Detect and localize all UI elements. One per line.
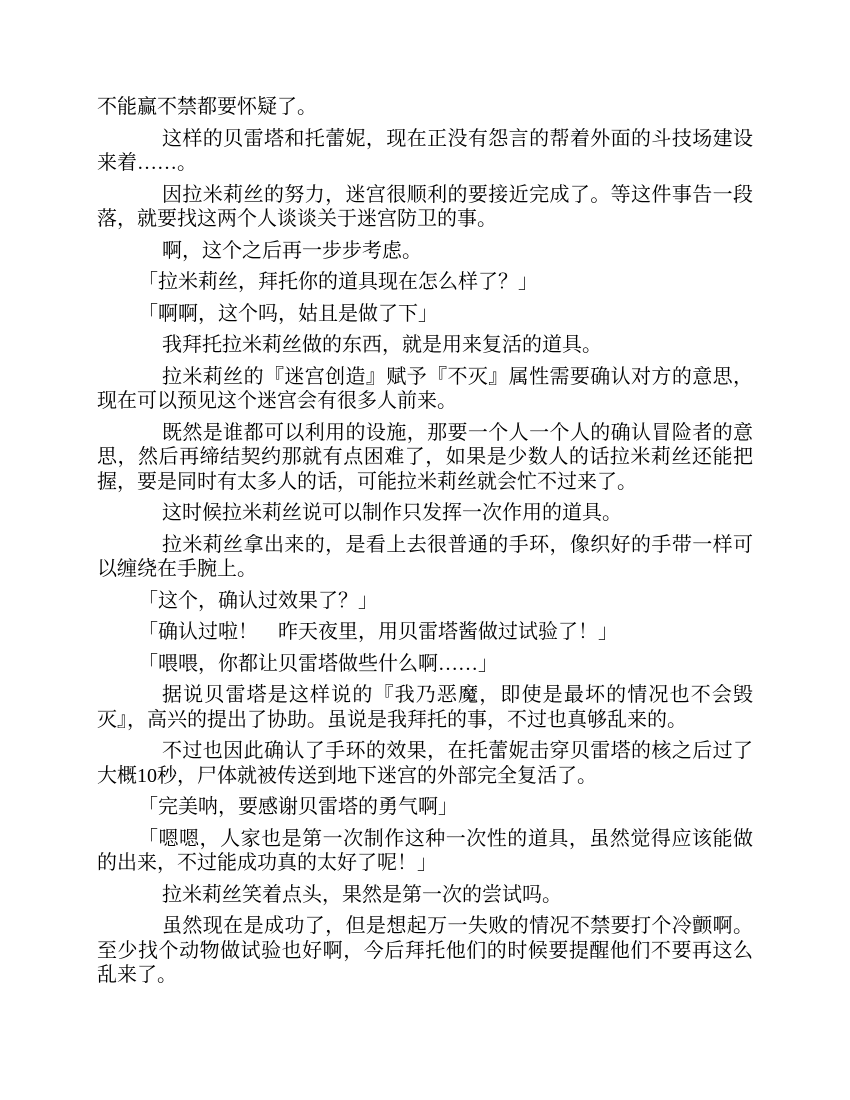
paragraph-narrative: 虽然现在是成功了，但是想起万一失败的情况不禁要打个冷颤啊。至少找个动物做试验也好…: [97, 914, 753, 988]
paragraph-dialogue: 「拉米莉丝，拜托你的道具现在怎么样了？」: [97, 270, 753, 295]
paragraph-dialogue: 「这个，确认过效果了？」: [97, 589, 753, 614]
paragraph-narrative: 我拜托拉米莉丝做的东西，就是用来复活的道具。: [97, 333, 753, 358]
paragraph-narrative: 这时候拉米莉丝说可以制作只发挥一次作用的道具。: [97, 501, 753, 526]
paragraph-dialogue: 「喂喂，你都让贝雷塔做些什么啊……」: [97, 652, 753, 677]
paragraph-narrative: 这样的贝雷塔和托蕾妮，现在正没有怨言的帮着外面的斗技场建设来着……。: [97, 127, 753, 176]
paragraph-narrative: 据说贝雷塔是这样说的『我乃恶魔，即使是最坏的情况也不会毁灭』，高兴的提出了协助。…: [97, 683, 753, 732]
paragraph-continuation: 不能赢不禁都要怀疑了。: [97, 95, 753, 120]
paragraph-narrative: 拉米莉丝的『迷宫创造』赋予『不灭』属性需要确认对方的意思，现在可以预见这个迷宫会…: [97, 365, 753, 414]
paragraph-narrative: 拉米莉丝拿出来的，是看上去很普通的手环，像织好的手带一样可以缠绕在手腕上。: [97, 533, 753, 582]
paragraph-dialogue: 「完美呐，要感谢贝雷塔的勇气啊」: [97, 795, 753, 820]
paragraph-narrative: 不过也因此确认了手环的效果，在托蕾妮击穿贝雷塔的核之后过了大概10秒，尸体就被传…: [97, 739, 753, 788]
page: 不能赢不禁都要怀疑了。这样的贝雷塔和托蕾妮，现在正没有怨言的帮着外面的斗技场建设…: [0, 0, 850, 1100]
paragraph-narrative: 拉米莉丝笑着点头，果然是第一次的尝试吗。: [97, 883, 753, 908]
paragraph-narrative: 啊，这个之后再一步步考虑。: [97, 239, 753, 264]
paragraph-dialogue: 「确认过啦！ 昨天夜里，用贝雷塔酱做过试验了！」: [97, 620, 753, 645]
paragraph-narrative: 既然是谁都可以利用的设施，那要一个人一个人的确认冒险者的意思，然后再缔结契约那就…: [97, 421, 753, 495]
paragraph-dialogue: 「啊啊，这个吗，姑且是做了下」: [97, 302, 753, 327]
document-body: 不能赢不禁都要怀疑了。这样的贝雷塔和托蕾妮，现在正没有怨言的帮着外面的斗技场建设…: [97, 95, 753, 995]
paragraph-dialogue: 「嗯嗯，人家也是第一次制作这种一次性的道具，虽然觉得应该能做的出来，不过能成功真…: [97, 827, 753, 876]
paragraph-narrative: 因拉米莉丝的努力，迷宫很顺利的要接近完成了。等这件事告一段落，就要找这两个人谈谈…: [97, 183, 753, 232]
